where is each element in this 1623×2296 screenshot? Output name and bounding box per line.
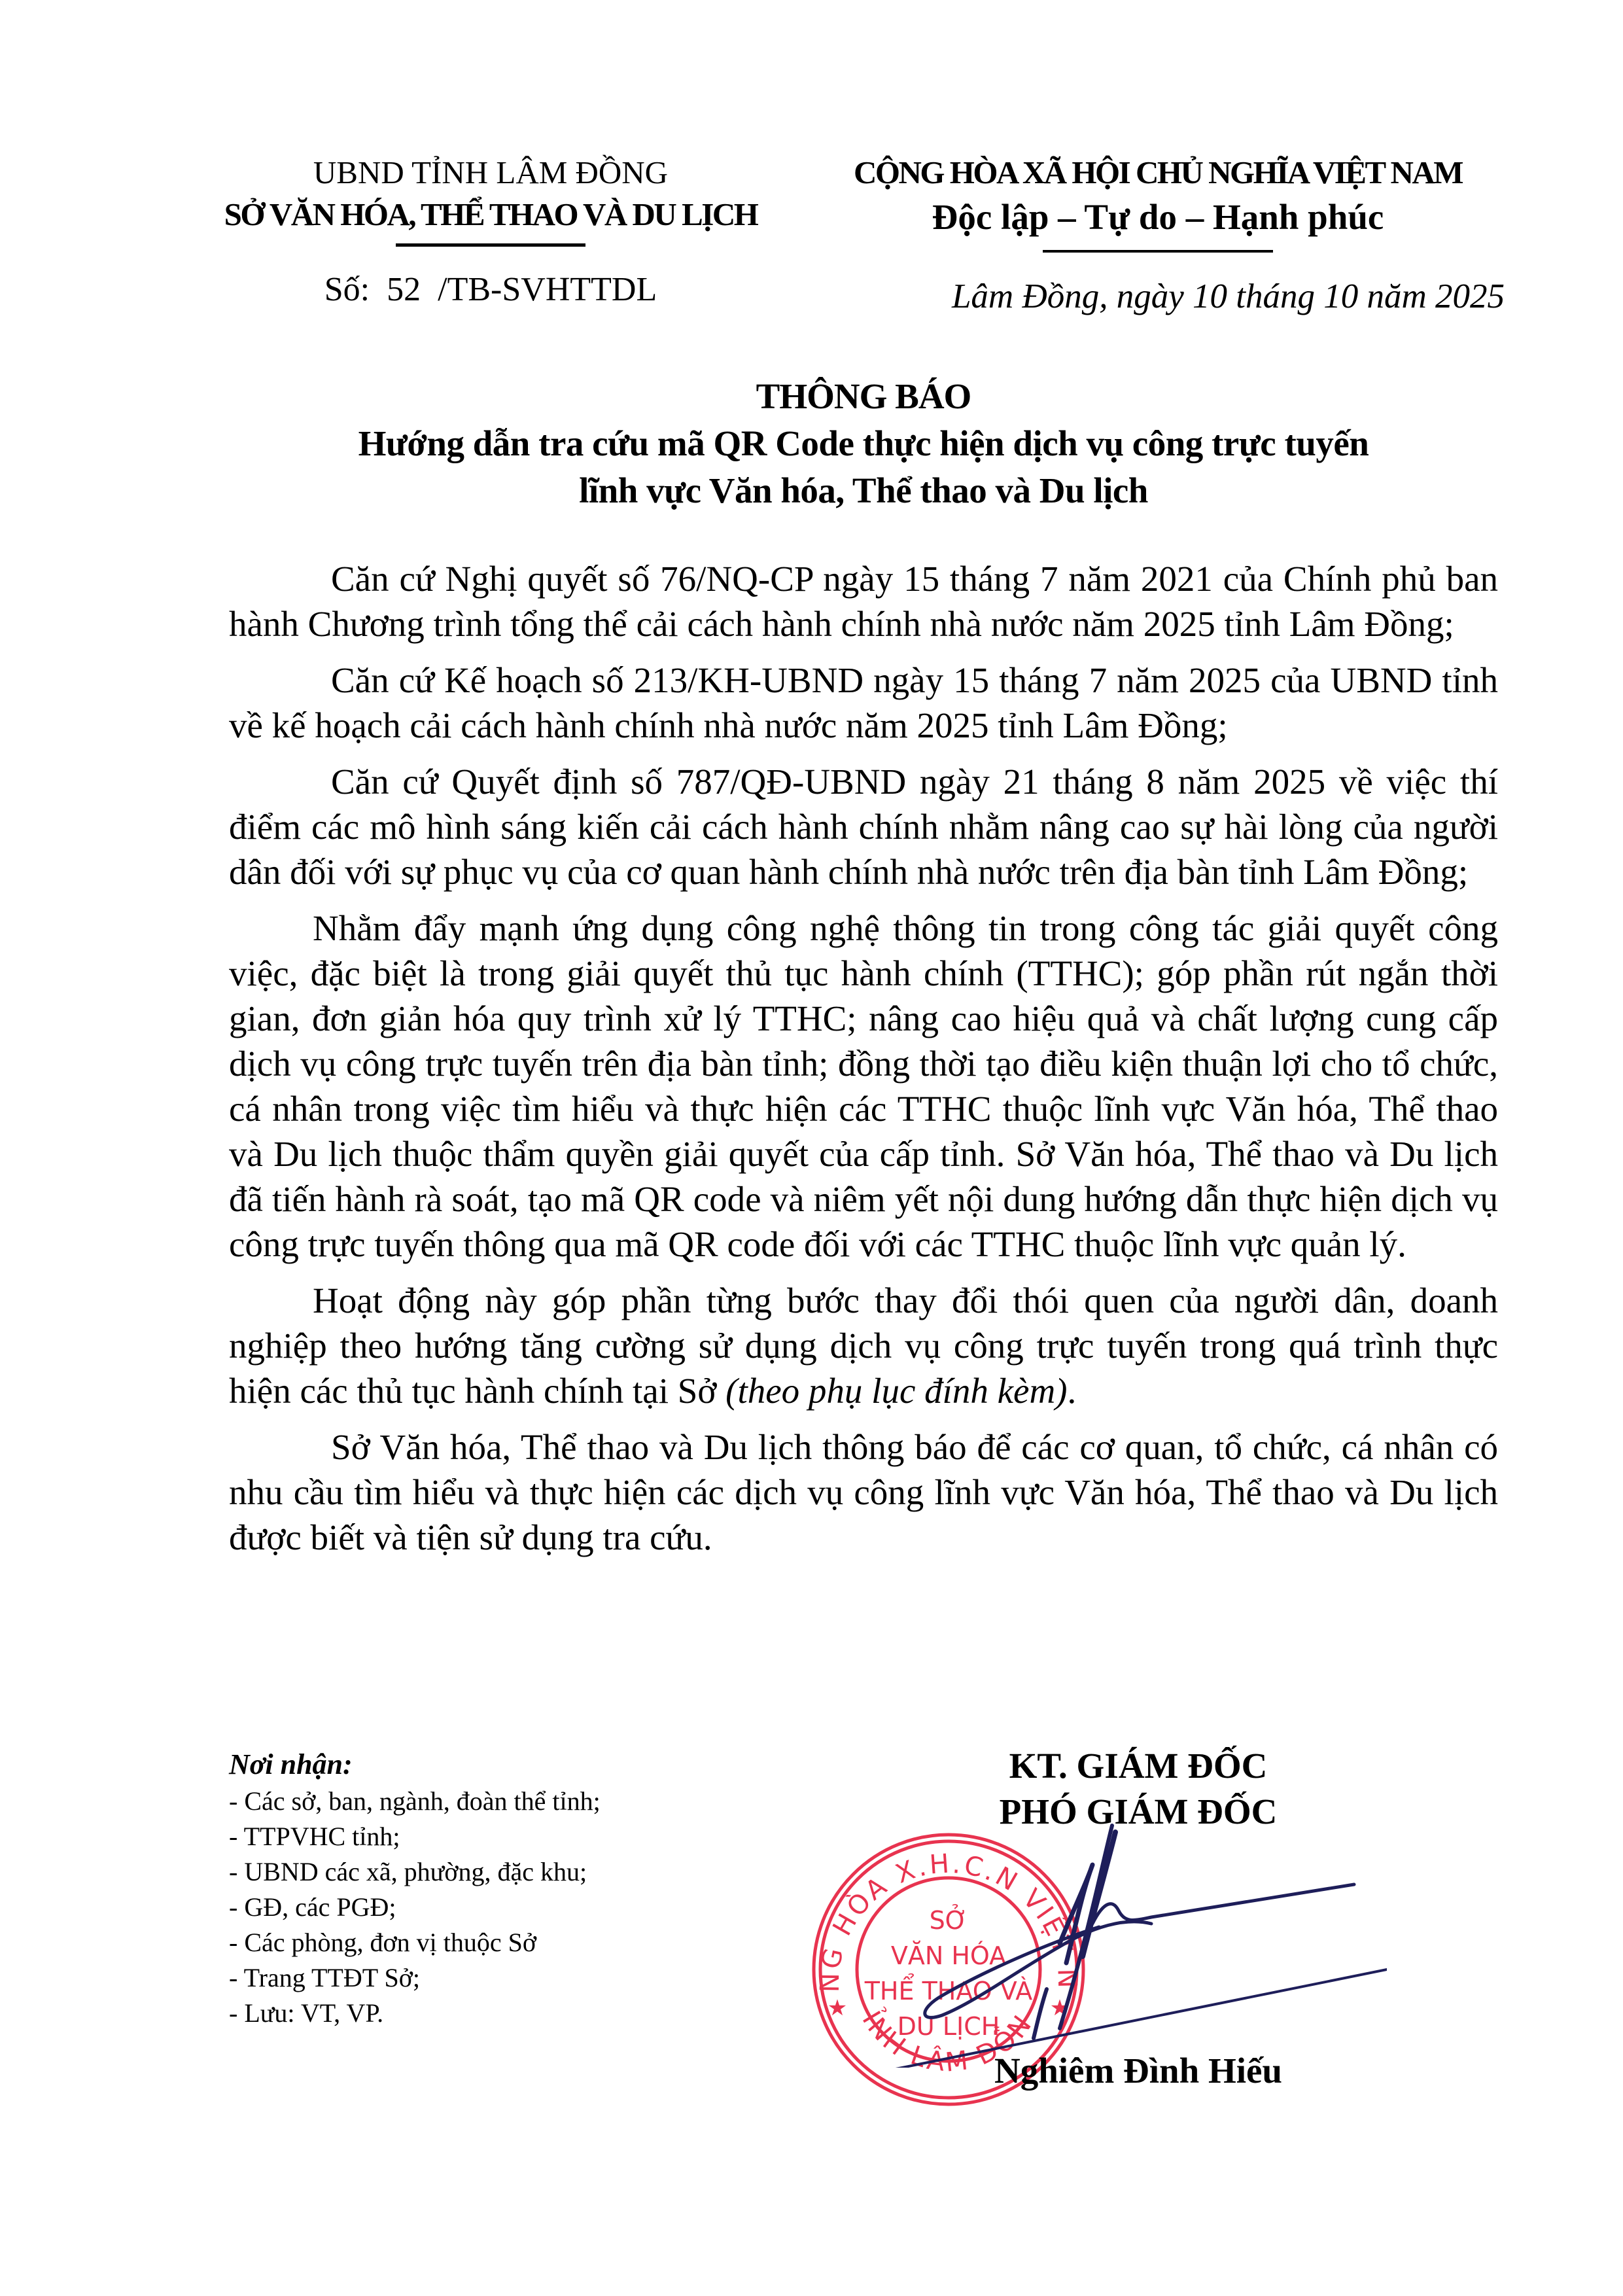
recipient-item: - TTPVHC tỉnh; — [229, 1819, 765, 1854]
motto: Độc lập – Tự do – Hạnh phúc — [811, 194, 1505, 241]
recipient-item: - Lưu: VT, VP. — [229, 1996, 765, 2031]
recipient-item: - GĐ, các PGĐ; — [229, 1890, 765, 1925]
issuing-agency-block: UBND TỈNH LÂM ĐỒNG SỞ VĂN HÓA, THỂ THAO … — [177, 152, 805, 247]
body-paragraph: Hoạt động này góp phần từng bước thay đổ… — [229, 1278, 1498, 1413]
recipient-item: - Các sở, ban, ngành, đoàn thể tỉnh; — [229, 1784, 765, 1819]
document-subject-line-2: lĩnh vực Văn hóa, Thể thao và Du lịch — [196, 467, 1531, 514]
svg-text:DU LỊCH: DU LỊCH — [898, 2012, 1000, 2041]
recipients-block: Nơi nhận: - Các sở, ban, ngành, đoàn thể… — [229, 1746, 765, 2031]
svg-text:THỂ THAO VÀ: THỂ THAO VÀ — [864, 1974, 1033, 2005]
nation-name: CỘNG HÒA XÃ HỘI CHỦ NGHĨA VIỆT NAM — [811, 152, 1505, 194]
body-paragraph-tail: . — [1068, 1371, 1077, 1411]
body-paragraph: Căn cứ Kế hoạch số 213/KH-UBND ngày 15 t… — [229, 658, 1498, 748]
place-date: Lâm Đồng, ngày 10 tháng 10 năm 2025 — [811, 274, 1505, 319]
body-paragraph: Nhằm đẩy mạnh ứng dụng công nghệ thông t… — [229, 906, 1498, 1267]
document-subject-line-1: Hướng dẫn tra cứu mã QR Code thực hiện d… — [196, 420, 1531, 467]
recipients-list: - Các sở, ban, ngành, đoàn thể tỉnh; - T… — [229, 1784, 765, 2031]
document-title: THÔNG BÁO Hướng dẫn tra cứu mã QR Code t… — [196, 373, 1531, 514]
agency-parent: UBND TỈNH LÂM ĐỒNG — [177, 152, 805, 194]
body-paragraph: Sở Văn hóa, Thể thao và Du lịch thông bá… — [229, 1424, 1498, 1560]
svg-text:★: ★ — [828, 1995, 847, 2021]
signer-name: Nghiêm Đình Hiếu — [903, 2048, 1374, 2094]
motto-underline — [1043, 250, 1273, 253]
recipients-title: Nơi nhận: — [229, 1746, 765, 1784]
body-paragraph: Căn cứ Nghị quyết số 76/NQ-CP ngày 15 th… — [229, 556, 1498, 646]
recipient-item: - UBND các xã, phường, đặc khu; — [229, 1854, 765, 1890]
document-type: THÔNG BÁO — [196, 373, 1531, 420]
document-page: UBND TỈNH LÂM ĐỒNG SỞ VĂN HÓA, THỂ THAO … — [0, 0, 1623, 2296]
on-behalf-label: KT. GIÁM ĐỐC — [903, 1743, 1374, 1789]
svg-text:★: ★ — [1050, 1995, 1070, 2021]
document-number: Số: 52 /TB-SVHTTDL — [177, 267, 805, 313]
appendix-reference: (theo phụ lục đính kèm) — [725, 1371, 1067, 1411]
recipient-item: - Các phòng, đơn vị thuộc Sở — [229, 1925, 765, 1960]
body-paragraph: Căn cứ Quyết định số 787/QĐ-UBND ngày 21… — [229, 759, 1498, 894]
recipient-item: - Trang TTĐT Sở; — [229, 1960, 765, 1996]
document-body: Căn cứ Nghị quyết số 76/NQ-CP ngày 15 th… — [229, 556, 1498, 1571]
agency-underline — [396, 243, 585, 247]
svg-text:VĂN HÓA: VĂN HÓA — [891, 1941, 1006, 1970]
svg-text:SỞ: SỞ — [930, 1905, 968, 1935]
agency-name: SỞ VĂN HÓA, THỂ THAO VÀ DU LỊCH — [177, 194, 805, 236]
national-motto-block: CỘNG HÒA XÃ HỘI CHỦ NGHĨA VIỆT NAM Độc l… — [811, 152, 1505, 253]
